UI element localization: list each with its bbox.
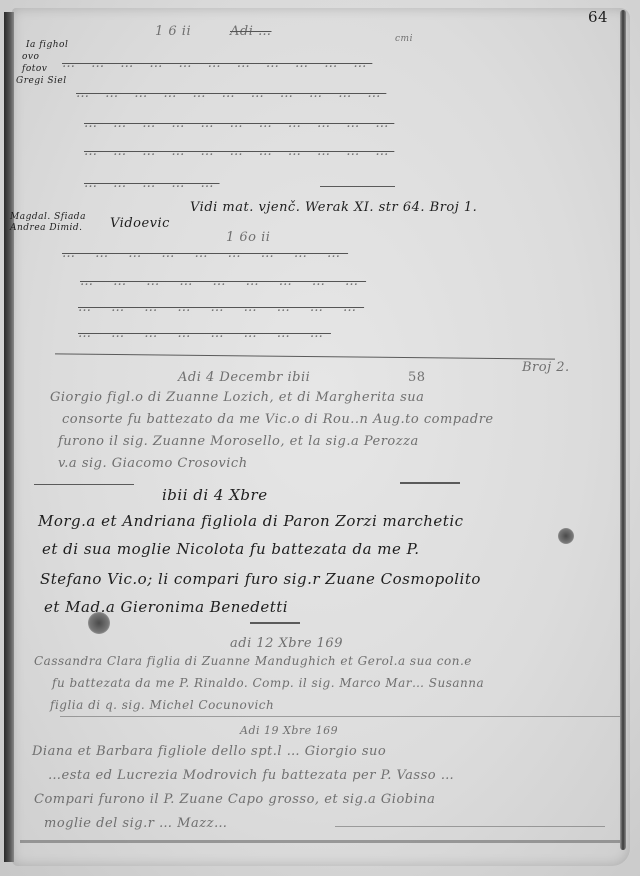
entry-date: ibii di 4 Xbre: [162, 486, 268, 504]
ink-blot: [558, 528, 574, 544]
entry-line: … … … … … … … … … … …: [76, 86, 386, 101]
margin-note-line: Magdal. Sfiada: [10, 212, 86, 222]
entry-line: v.a sig. Giacomo Crosovich: [58, 456, 248, 471]
manuscript-scan: 64 Ia fighol ovo fotov Gregi Siel 1 6 ii…: [0, 0, 640, 876]
entry-date: Adi 4 Decembr ibii: [178, 370, 310, 385]
entry-line: … … … … … … … … … … …: [84, 116, 394, 131]
entry-header-right: Adi …: [230, 24, 272, 39]
cross-reference-annotation: Vidi mat. vjenč. Werak XI. str 64. Broj …: [190, 200, 477, 215]
entry-superscript: cmi: [395, 34, 413, 44]
entry-line: Cassandra Clara figlia di Zuanne Mandugh…: [34, 654, 472, 668]
margin-note-line: Gregi Siel: [16, 76, 67, 86]
entry-line: …esta ed Lucrezia Modrovich fu battezata…: [48, 768, 454, 783]
entry-line: Stefano Vic.o; li compari furo sig.r Zua…: [40, 570, 481, 588]
margin-note-line: fotov: [22, 64, 47, 74]
page-right-edge: [620, 10, 626, 850]
entry-line: moglie del sig.r … Mazz…: [44, 816, 227, 831]
entry-line: … … … … … … … … … … …: [84, 144, 394, 159]
book-binding-edge: [4, 12, 14, 862]
entry-date: adi 12 Xbre 169: [230, 636, 343, 651]
entry-line: … … … … … … … … …: [80, 274, 366, 289]
margin-note-line: Ia fighol: [26, 40, 68, 50]
entry-line: Diana et Barbara figliole dello spt.l … …: [32, 744, 386, 759]
entry-date: Adi 19 Xbre 169: [240, 724, 338, 737]
entry-line: et di sua moglie Nicolota fu battezata d…: [42, 540, 419, 558]
entry-line: et Mad.a Gieronima Benedetti: [44, 598, 288, 616]
divider-line: [400, 482, 460, 484]
entry-number: 58: [408, 370, 426, 385]
entry-line: Giorgio figl.o di Zuanne Lozich, et di M…: [50, 390, 424, 405]
entry-line: figlia di q. sig. Michel Cocunovich: [50, 698, 274, 712]
entry-line: … … … … … … … …: [78, 326, 331, 341]
entry-footer-note: Broj 2.: [522, 360, 570, 375]
divider-line: [320, 186, 395, 187]
entry-date: 1 6o ii: [226, 230, 270, 245]
divider-line: [60, 716, 620, 717]
margin-note-line: Andrea Dimid.: [10, 223, 83, 233]
page-bottom-edge: [20, 840, 620, 843]
entry-line: … … … … … … … … … … …: [62, 56, 372, 71]
entry-line: … … … … … … … … …: [78, 300, 364, 315]
divider-line: [34, 484, 134, 485]
entry-line: Compari furono il P. Zuane Capo grosso, …: [34, 792, 435, 807]
divider-line: [335, 826, 605, 827]
margin-note-line: ovo: [22, 52, 39, 62]
entry-line: fu battezata da me P. Rinaldo. Comp. il …: [52, 676, 484, 690]
folio-number: 64: [588, 8, 608, 26]
entry-line: consorte fu battezato da me Vic.o di Rou…: [62, 412, 494, 427]
margin-note-surname: Vidoevic: [110, 216, 170, 231]
entry-line: Morg.a et Andriana figliola di Paron Zor…: [38, 512, 464, 530]
entry-line: … … … … …: [84, 176, 220, 191]
entry-date: 1 6 ii: [155, 24, 191, 39]
ink-blot: [88, 612, 110, 634]
divider-line: [250, 622, 300, 624]
entry-line: … … … … … … … … …: [62, 246, 348, 261]
entry-line: furono il sig. Zuanne Morosello, et la s…: [58, 434, 419, 449]
